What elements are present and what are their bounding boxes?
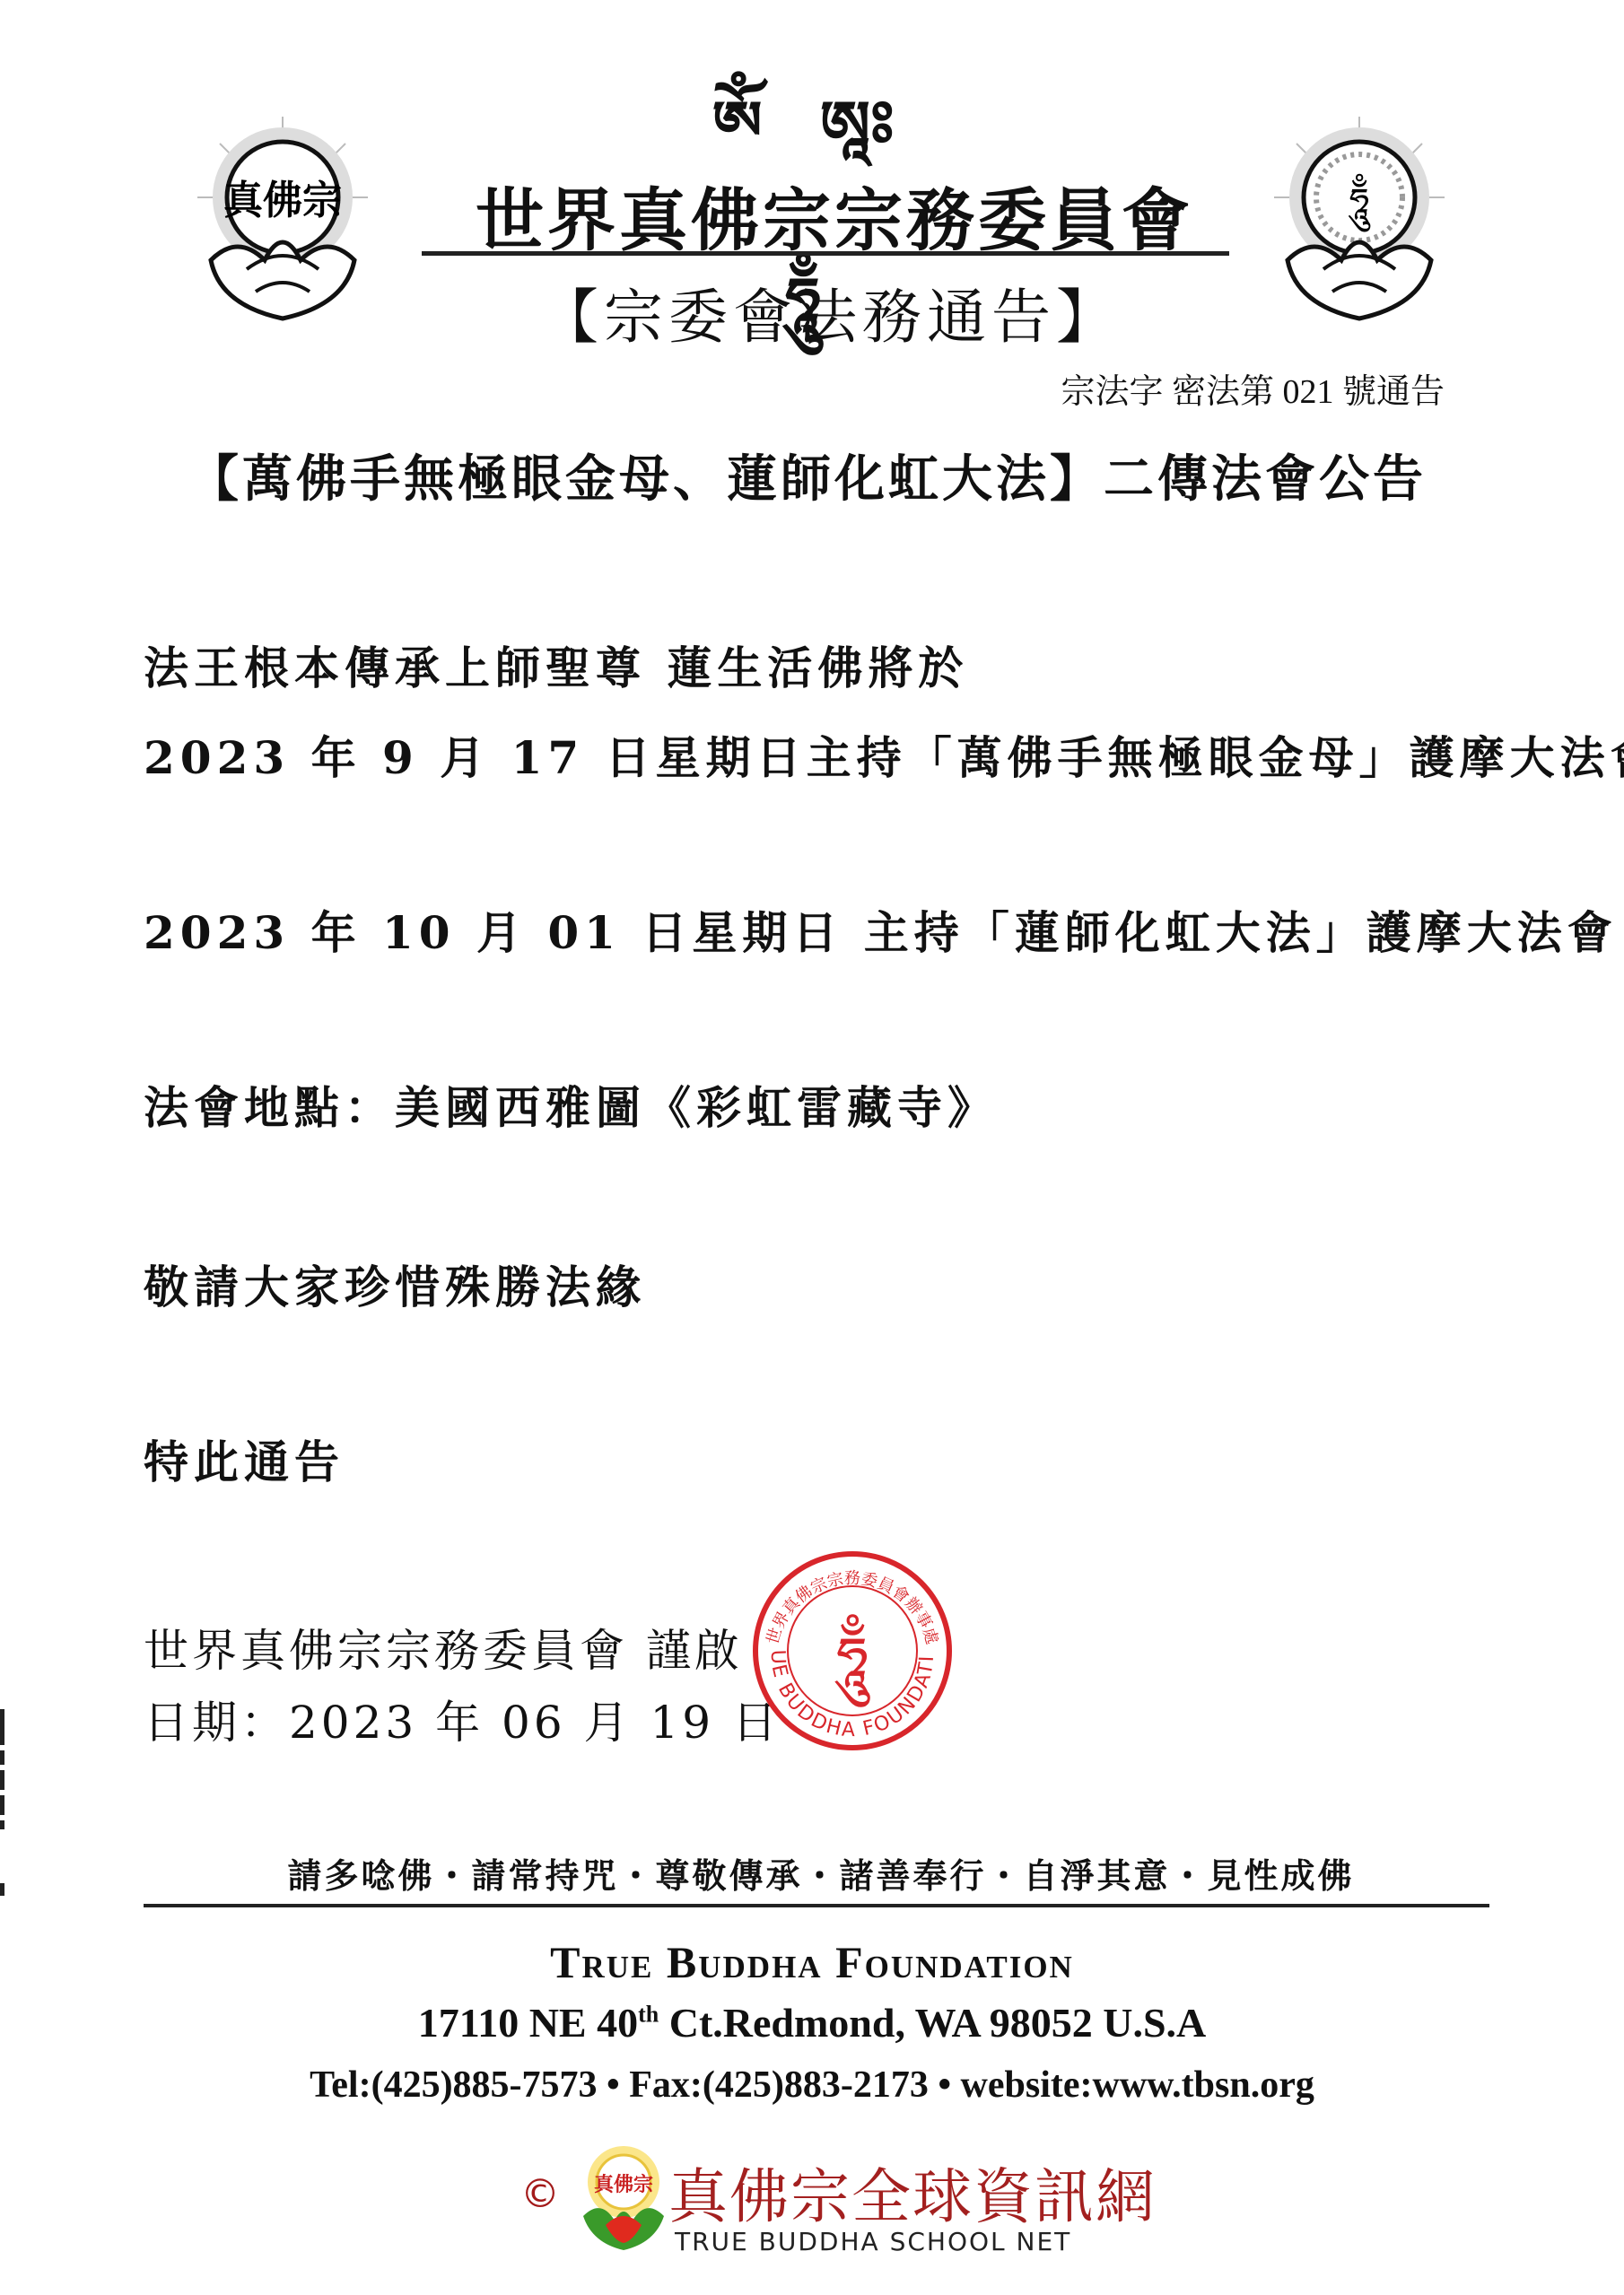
foundation-name: True Buddha Foundation (0, 1936, 1624, 1988)
footer-motto: 請多唸佛・請常持咒・尊敬傳承・諸善奉行・自淨其意・見性成佛 (193, 1848, 1449, 1898)
notice-subject: 【萬佛手無極眼金母、蓮師化虹大法】二傳法會公告 (188, 440, 1462, 511)
tbsn-name-english: TRUE BUDDHA SCHOOL NET (675, 2227, 1071, 2256)
address-city: Ct.Redmond, WA 98052 U.S.A (659, 2000, 1206, 2046)
header-divider (422, 251, 1229, 256)
foundation-contact: Tel:(425)885-7573 • Fax:(425)883-2173 • … (0, 2064, 1624, 2107)
issue-date: 日期：2023 年 06 月 19 日 (144, 1687, 781, 1751)
scan-edge-marks (0, 1709, 5, 1942)
svg-text:真佛宗: 真佛宗 (594, 2174, 653, 2196)
tbsn-lotus-logo-icon: 真佛宗 (574, 2144, 673, 2252)
foundation-address: 17110 NE 40th Ct.Redmond, WA 98052 U.S.A (0, 1999, 1624, 2046)
body-line-closing: 特此通告 (144, 1427, 345, 1491)
organization-title: 世界真佛宗宗務委員會 (431, 166, 1238, 264)
body-line-announcer: 法王根本傳承上師聖尊 蓮生活佛將於 (144, 633, 968, 697)
body-line-invitation: 敬請大家珍惜殊勝法緣 (144, 1252, 646, 1316)
copyright-icon: © (520, 2171, 560, 2217)
footer-divider (144, 1904, 1489, 1907)
address-street: 17110 NE 40 (418, 2000, 638, 2046)
notice-reference-number: 宗法字 密法第 021 號通告 (1061, 363, 1445, 413)
body-line-ceremony-1: 2023 年 9 月 17 日星期日主持「萬佛手無極眼金母」護摩大法會 (144, 722, 1624, 787)
true-buddha-school-emblem-icon: 真佛宗 (193, 117, 372, 323)
address-ordinal-suffix: th (638, 2002, 659, 2028)
hum-mantra-emblem-icon: ཧཱུྃ (1270, 117, 1449, 323)
body-line-ceremony-2: 2023 年 10 月 01 日星期日 主持「蓮師化虹大法」護摩大法會 (144, 897, 1618, 962)
svg-text:真佛宗: 真佛宗 (223, 178, 342, 223)
official-seal-icon: 世界真佛宗宗務委員會辦事處 TRUE BUDDHA FOUNDATION ཧཱུ… (749, 1548, 956, 1754)
issuer-signature: 世界真佛宗宗務委員會 謹啟 (144, 1615, 743, 1680)
tbsn-name-chinese: 真佛宗全球資訊網 (668, 2149, 1157, 2234)
svg-text:ཧཱུྃ: ཧཱུྃ (834, 1614, 870, 1707)
notice-type-title: 【宗委會法務通告】 (538, 269, 1122, 354)
body-line-location: 法會地點：美國西雅圖《彩虹雷藏寺》 (144, 1072, 998, 1137)
